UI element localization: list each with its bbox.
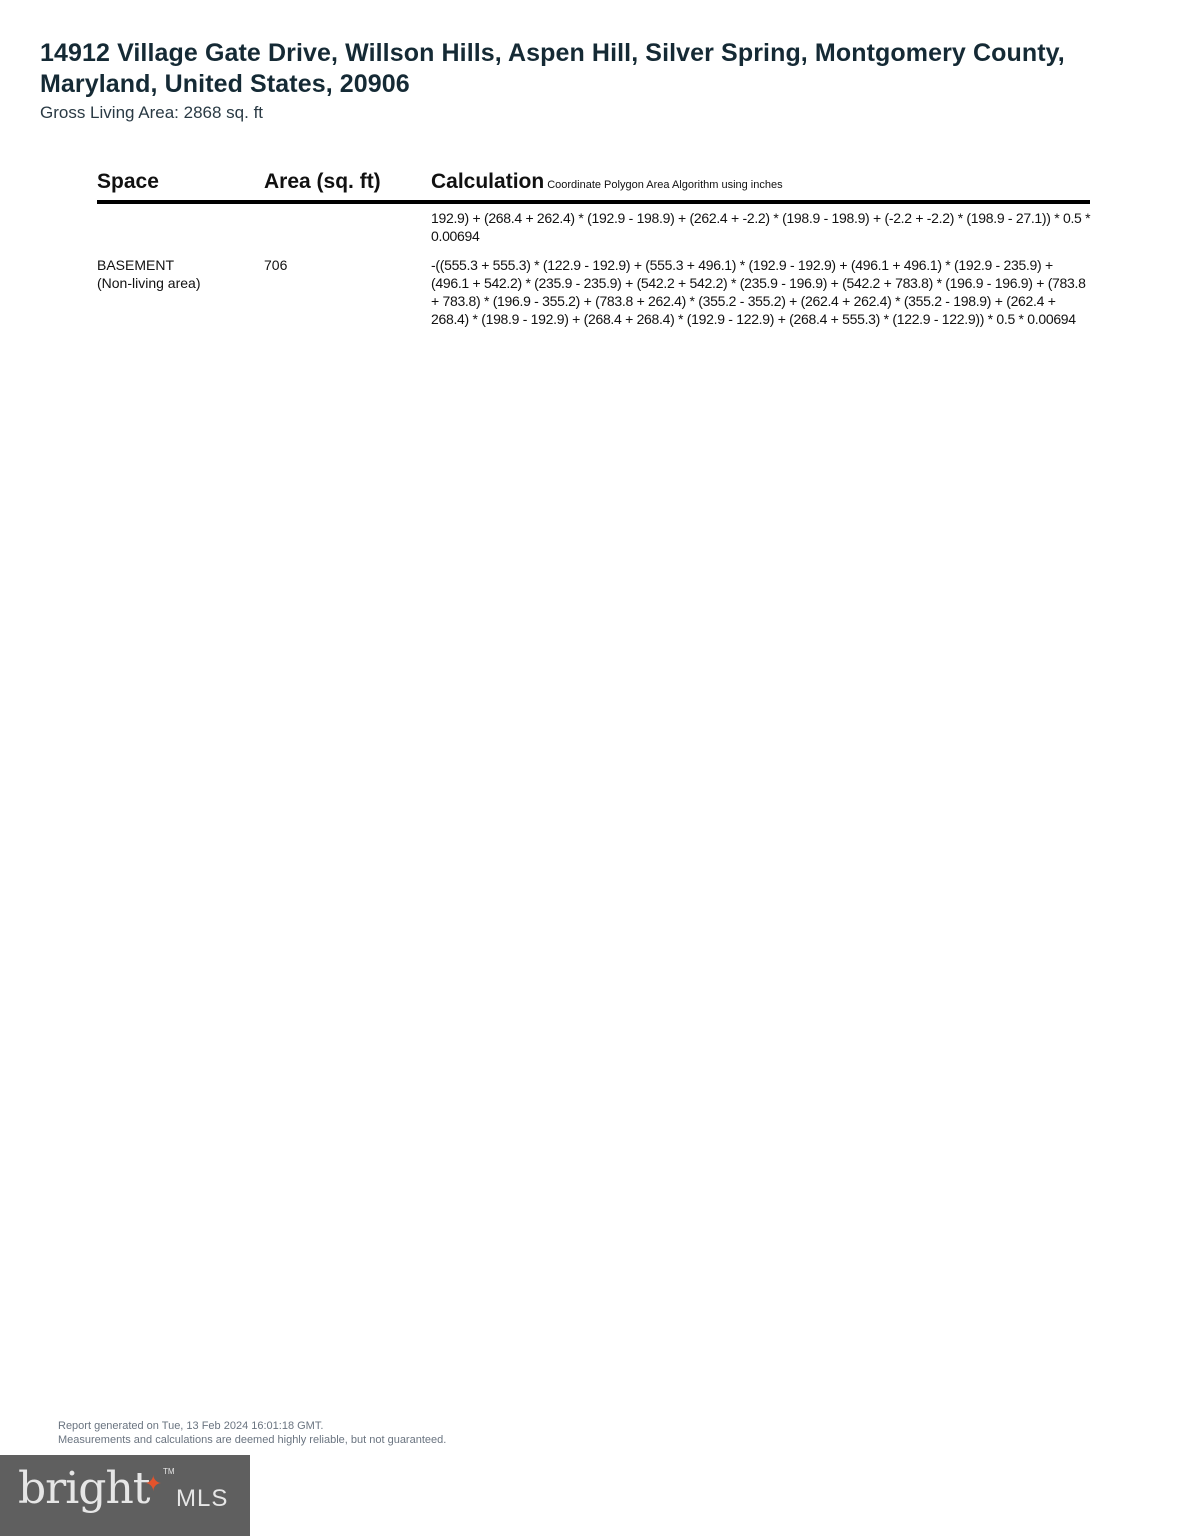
table-row: BASEMENT (Non-living area) 706 -((555.3 …	[97, 256, 1090, 328]
area-cell: 706	[264, 256, 287, 274]
report-generated-date: Report generated on Tue, 13 Feb 2024 16:…	[58, 1419, 446, 1433]
space-note: (Non-living area)	[97, 274, 257, 292]
calculation-cell: -((555.3 + 555.3) * (122.9 - 192.9) + (5…	[431, 256, 1091, 328]
property-address: 14912 Village Gate Drive, Willson Hills,…	[40, 38, 1120, 100]
gross-living-area: Gross Living Area: 2868 sq. ft	[40, 103, 263, 123]
column-header-area: Area (sq. ft)	[264, 170, 381, 194]
column-header-space: Space	[97, 170, 159, 194]
calculation-method-note: Coordinate Polygon Area Algorithm using …	[547, 179, 782, 191]
trademark-mark: TM	[163, 1467, 175, 1476]
space-cell: BASEMENT (Non-living area)	[97, 256, 257, 292]
disclaimer: Measurements and calculations are deemed…	[58, 1433, 446, 1447]
calculation-cell: 192.9) + (268.4 + 262.4) * (192.9 - 198.…	[431, 209, 1091, 245]
space-name: BASEMENT	[97, 256, 257, 274]
table-row: 192.9) + (268.4 + 262.4) * (192.9 - 198.…	[97, 209, 1090, 245]
report-footer: Report generated on Tue, 13 Feb 2024 16:…	[58, 1419, 446, 1447]
star-icon: ✦	[144, 1471, 162, 1497]
area-calculation-table: Space Area (sq. ft) CalculationCoordinat…	[97, 168, 1090, 328]
logo-suffix: MLS	[176, 1485, 228, 1513]
logo-wordmark: bright	[18, 1463, 149, 1514]
table-header: Space Area (sq. ft) CalculationCoordinat…	[97, 168, 1090, 204]
calculation-label: Calculation	[431, 170, 544, 193]
bright-mls-logo: bright ✦ TM MLS	[0, 1455, 250, 1536]
column-header-calculation: CalculationCoordinate Polygon Area Algor…	[431, 170, 783, 194]
